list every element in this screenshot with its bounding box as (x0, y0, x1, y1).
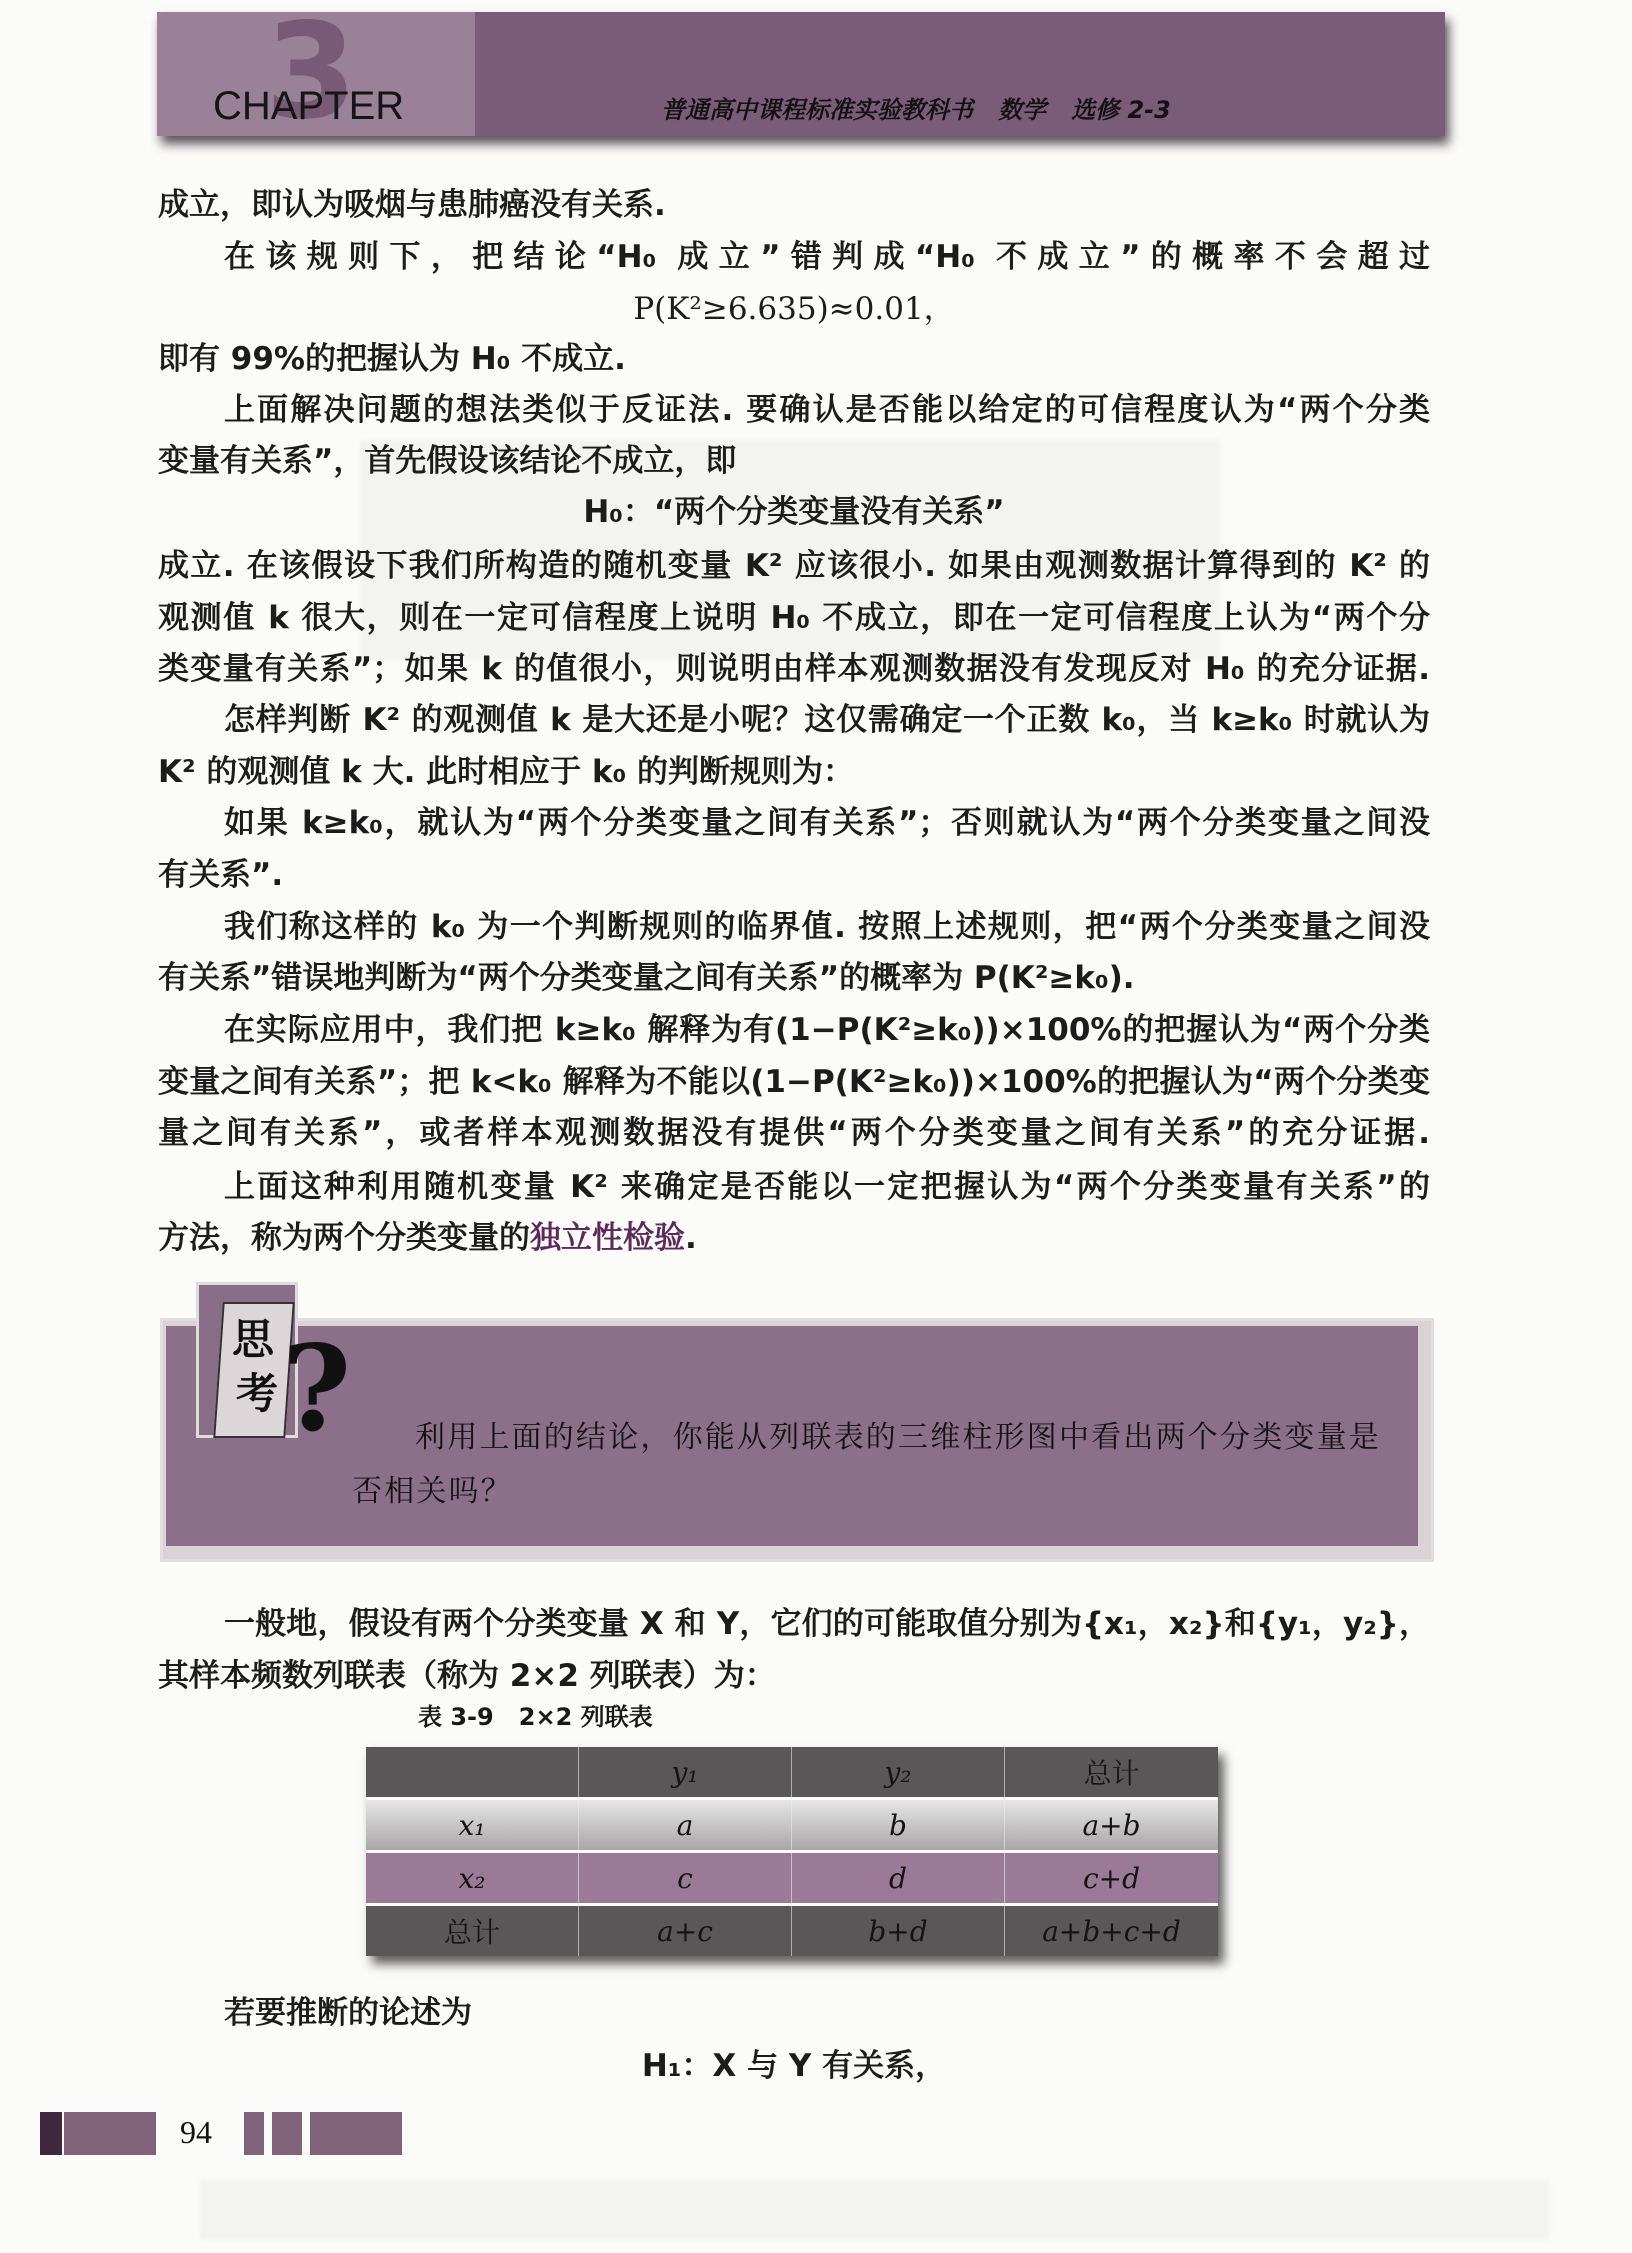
key-term-independence-test: 独立性检验 (530, 1220, 685, 1256)
table-cell: c+d (1005, 1853, 1218, 1903)
formula-line: P(K²≥6.635)≈0.01， (158, 289, 1430, 329)
table-cell: 总计 (366, 1906, 579, 1956)
table-cell: a+b (1005, 1800, 1218, 1850)
body-line: 在该规则下，把结论“H₀ 成立”错判成“H₀ 不成立”的概率不会超过 (224, 237, 1430, 277)
hypothesis-h0: H₀：“两个分类变量没有关系” (158, 492, 1430, 532)
table-row: x₂ c d c+d (366, 1853, 1218, 1903)
table-header-cell: 总计 (1005, 1747, 1218, 1797)
body-line: 怎样判断 K² 的观测值 k 是大还是小呢？这仅需确定一个正数 k₀，当 k≥k… (224, 700, 1430, 740)
table-header-cell (366, 1747, 579, 1797)
table-cell: c (579, 1853, 792, 1903)
footer-bar (40, 2112, 62, 2155)
body-line: 若要推断的论述为 (224, 1993, 1430, 2033)
body-line: 上面这种利用随机变量 K² 来确定是否能以一定把握认为“两个分类变量有关系”的 (224, 1167, 1430, 1207)
body-line: 变量有关系”，首先假设该结论不成立，即 (158, 441, 1430, 481)
table-cell: a+c (579, 1906, 792, 1956)
contingency-table: y₁ y₂ 总计 x₁ a b a+b x₂ c d c+d 总计 a+c b+… (366, 1747, 1218, 1956)
table-cell: d (792, 1853, 1005, 1903)
table-header-cell: y₂ (792, 1747, 1005, 1797)
body-line: 即有 99%的把握认为 H₀ 不成立. (158, 339, 1430, 379)
table-total-row: 总计 a+c b+d a+b+c+d (366, 1906, 1218, 1956)
table-cell: b (792, 1800, 1005, 1850)
hypothesis-h1: H₁：X 与 Y 有关系， (158, 2046, 1430, 2086)
footer-bar (244, 2112, 264, 2155)
chapter-banner-left: 3 CHAPTER (157, 12, 475, 136)
table-row: x₁ a b a+b (366, 1800, 1218, 1850)
body-line: 一般地，假设有两个分类变量 X 和 Y，它们的可能取值分别为{x₁，x₂}和{y… (224, 1604, 1430, 1644)
body-line: 成立，即认为吸烟与患肺癌没有关系. (158, 185, 1430, 225)
think-question-line: 利用上面的结论，你能从列联表的三维柱形图中看出两个分类变量是 (415, 1420, 1381, 1456)
body-line: 有关系”错误地判断为“两个分类变量之间有关系”的概率为 P(K²≥k₀). (158, 958, 1430, 998)
final-line-suffix: . (685, 1220, 697, 1256)
table-cell: a+b+c+d (1005, 1906, 1218, 1956)
think-badge-char: 思 (232, 1318, 274, 1362)
footer-bar (272, 2112, 302, 2155)
body-line: 量之间有关系”，或者样本观测数据没有提供“两个分类变量之间有关系”的充分证据. (158, 1113, 1430, 1153)
table-caption: 表 3-9 2×2 列联表 (418, 1697, 653, 1732)
table-header-row: y₁ y₂ 总计 (366, 1747, 1218, 1797)
think-question-line: 否相关吗？ (352, 1474, 513, 1510)
think-badge-char: 考 (236, 1372, 278, 1416)
body-line: 变量之间有关系”；把 k<k₀ 解释为不能以(1−P(K²≥k₀))×100%的… (158, 1062, 1430, 1102)
body-line: 我们称这样的 k₀ 为一个判断规则的临界值. 按照上述规则，把“两个分类变量之间… (224, 907, 1430, 947)
table-cell: x₂ (366, 1853, 579, 1903)
body-line: 如果 k≥k₀，就认为“两个分类变量之间有关系”；否则就认为“两个分类变量之间没 (224, 803, 1430, 843)
footer-bar (310, 2112, 402, 2155)
body-line: 上面解决问题的想法类似于反证法. 要确认是否能以给定的可信程度认为“两个分类 (224, 390, 1430, 430)
book-title: 普通高中课程标准实验教科书 数学 选修 2-3 (661, 96, 1171, 124)
scan-bleed (200, 2180, 1550, 2240)
body-line: 观测值 k 很大，则在一定可信程度上说明 H₀ 不成立，即在一定可信程度上认为“… (158, 598, 1430, 638)
footer-bar (64, 2112, 156, 2155)
body-line: 成立. 在该假设下我们所构造的随机变量 K² 应该很小. 如果由观测数据计算得到… (158, 546, 1430, 586)
table-cell: b+d (792, 1906, 1005, 1956)
body-line-final: 方法，称为两个分类变量的独立性检验. (158, 1218, 1430, 1258)
page-number: 94 (180, 2110, 212, 2154)
table-header-cell: y₁ (579, 1747, 792, 1797)
question-mark-icon: ? (282, 1330, 351, 1448)
body-line: 在实际应用中，我们把 k≥k₀ 解释为有(1−P(K²≥k₀))×100%的把握… (224, 1010, 1430, 1050)
body-line: K² 的观测值 k 大. 此时相应于 k₀ 的判断规则为： (158, 752, 1430, 792)
body-line: 有关系”. (158, 855, 1430, 895)
final-line-prefix: 方法，称为两个分类变量的 (158, 1220, 530, 1256)
body-line: 类变量有关系”；如果 k 的值很小，则说明由样本观测数据没有发现反对 H₀ 的充… (158, 649, 1430, 689)
table-cell: x₁ (366, 1800, 579, 1850)
table-cell: a (579, 1800, 792, 1850)
body-line: 其样本频数列联表（称为 2×2 列联表）为： (158, 1656, 1430, 1696)
chapter-label: CHAPTER (213, 84, 404, 128)
chapter-banner: 3 CHAPTER 普通高中课程标准实验教科书 数学 选修 2-3 (157, 12, 1445, 136)
